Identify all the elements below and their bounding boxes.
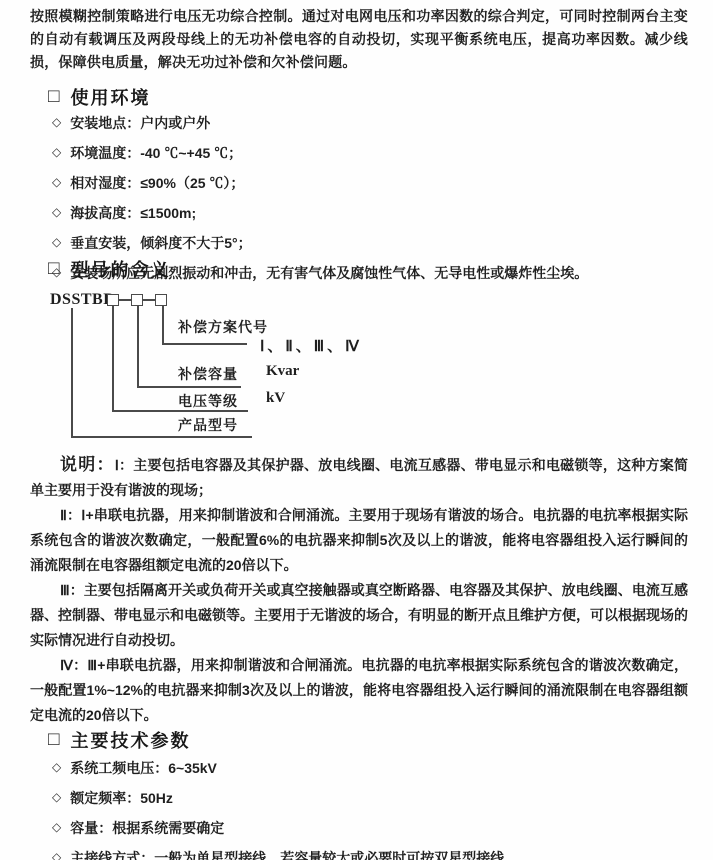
list-item-text: 相对湿度：≤90%（25 ℃）； xyxy=(70,173,244,193)
list-item: ◇额定频率：50Hz xyxy=(52,788,504,808)
list-item-text: 海拔高度：≤1500m; xyxy=(70,203,196,223)
label-capacity: 补偿容量 xyxy=(178,364,238,384)
explanation-paragraph: Ⅲ：主要包括隔离开关或负荷开关或真空接触器或真空断路器、电容器及其保护、放电线圈… xyxy=(30,578,688,653)
diamond-bullet-icon: ◇ xyxy=(52,145,61,159)
list-item-text: 垂直安装，倾斜度不大于5°； xyxy=(70,233,251,253)
label-scheme-code: 补偿方案代号 xyxy=(178,317,268,337)
section-title-usage-env: 使用环境 xyxy=(70,84,150,110)
section-square-icon: □ xyxy=(48,259,59,278)
scheme-values: Ⅰ、Ⅱ、Ⅲ、Ⅳ xyxy=(260,335,362,356)
box-connector-line xyxy=(119,299,131,301)
explanation-label: 说明： xyxy=(60,455,115,474)
list-item-text: 额定频率：50Hz xyxy=(70,788,173,808)
list-item-text: 安装地点：户内或户外 xyxy=(70,113,210,133)
diagram-line xyxy=(112,306,114,410)
label-product-model: 产品型号 xyxy=(178,415,238,435)
diagram-line xyxy=(162,343,247,345)
list-item-text: 主接线方式：一般为单星型接线，若容量较大或必要时可按双星型接线 xyxy=(70,848,504,860)
list-item: ◇容量：根据系统需要确定 xyxy=(52,818,504,838)
list-item-text: 环境温度：-40 ℃~+45 ℃； xyxy=(70,143,242,163)
list-item: ◇主接线方式：一般为单星型接线，若容量较大或必要时可按双星型接线 xyxy=(52,848,504,860)
list-item: ◇海拔高度：≤1500m; xyxy=(52,203,588,223)
voltage-unit: kV xyxy=(266,390,285,407)
diagram-line xyxy=(137,306,139,386)
intro-paragraph: 按照模糊控制策略进行电压无功综合控制。通过对电网电压和功率因数的综合判定，可同时… xyxy=(30,5,688,74)
diagram-line xyxy=(162,306,164,343)
list-item-text: 容量：根据系统需要确定 xyxy=(70,818,224,838)
explanation-text: Ⅰ：主要包括电容器及其保护器、放电线圈、电流互感器、带电显示和电磁锁等，这种方案… xyxy=(30,457,688,498)
section-square-icon: □ xyxy=(48,730,59,749)
label-voltage: 电压等级 xyxy=(178,391,238,411)
document-page: 按照模糊控制策略进行电压无功综合控制。通过对电网电压和功率因数的综合判定，可同时… xyxy=(0,0,713,860)
section-header-tech-params: □ 主要技术参数 xyxy=(48,727,190,753)
list-item: ◇垂直安装，倾斜度不大于5°； xyxy=(52,233,588,253)
model-digit-box xyxy=(155,294,167,306)
diamond-bullet-icon: ◇ xyxy=(52,850,61,860)
list-item: ◇系统工频电压：6~35kV xyxy=(52,758,504,778)
section-title-tech-params: 主要技术参数 xyxy=(70,727,190,753)
section-header-model-meaning: □ 型号的含义 xyxy=(48,256,170,282)
diamond-bullet-icon: ◇ xyxy=(52,175,61,189)
list-item: ◇安装地点：户内或户外 xyxy=(52,113,588,133)
diamond-bullet-icon: ◇ xyxy=(52,115,61,129)
diamond-bullet-icon: ◇ xyxy=(52,820,61,834)
diamond-bullet-icon: ◇ xyxy=(52,235,61,249)
diamond-bullet-icon: ◇ xyxy=(52,790,61,804)
section-header-usage-env: □ 使用环境 xyxy=(48,84,150,110)
explanation-paragraph: 说明：Ⅰ：主要包括电容器及其保护器、放电线圈、电流互感器、带电显示和电磁锁等，这… xyxy=(30,452,688,503)
tech-params-list: ◇系统工频电压：6~35kV ◇额定频率：50Hz ◇容量：根据系统需要确定 ◇… xyxy=(52,758,504,860)
model-digit-box xyxy=(131,294,143,306)
box-connector-line xyxy=(143,299,155,301)
explanation-paragraph: Ⅳ：Ⅲ+串联电抗器，用来抑制谐波和合闸涌流。电抗器的电抗率根据实际系统包含的谐波… xyxy=(30,653,688,728)
diagram-line xyxy=(137,386,241,388)
diamond-bullet-icon: ◇ xyxy=(52,760,61,774)
section-square-icon: □ xyxy=(48,87,59,106)
list-item-text: 系统工频电压：6~35kV xyxy=(70,758,217,778)
section-title-model-meaning: 型号的含义 xyxy=(70,256,170,282)
list-item: ◇环境温度：-40 ℃~+45 ℃； xyxy=(52,143,588,163)
diagram-line xyxy=(71,436,252,438)
diagram-line xyxy=(71,308,73,436)
diamond-bullet-icon: ◇ xyxy=(52,205,61,219)
model-digit-box xyxy=(107,294,119,306)
capacity-unit: Kvar xyxy=(266,363,299,380)
explanation-block: 说明：Ⅰ：主要包括电容器及其保护器、放电线圈、电流互感器、带电显示和电磁锁等，这… xyxy=(30,452,688,728)
list-item: ◇相对湿度：≤90%（25 ℃）； xyxy=(52,173,588,193)
model-diagram: DSSTBB- 补偿方案代号 Ⅰ、Ⅱ、Ⅲ、Ⅳ 补偿容量 Kvar 电压等级 kV… xyxy=(0,288,713,452)
explanation-paragraph: Ⅱ：Ⅰ+串联电抗器，用来抑制谐波和合闸涌流。主要用于现场有谐波的场合。电抗器的电… xyxy=(30,503,688,578)
